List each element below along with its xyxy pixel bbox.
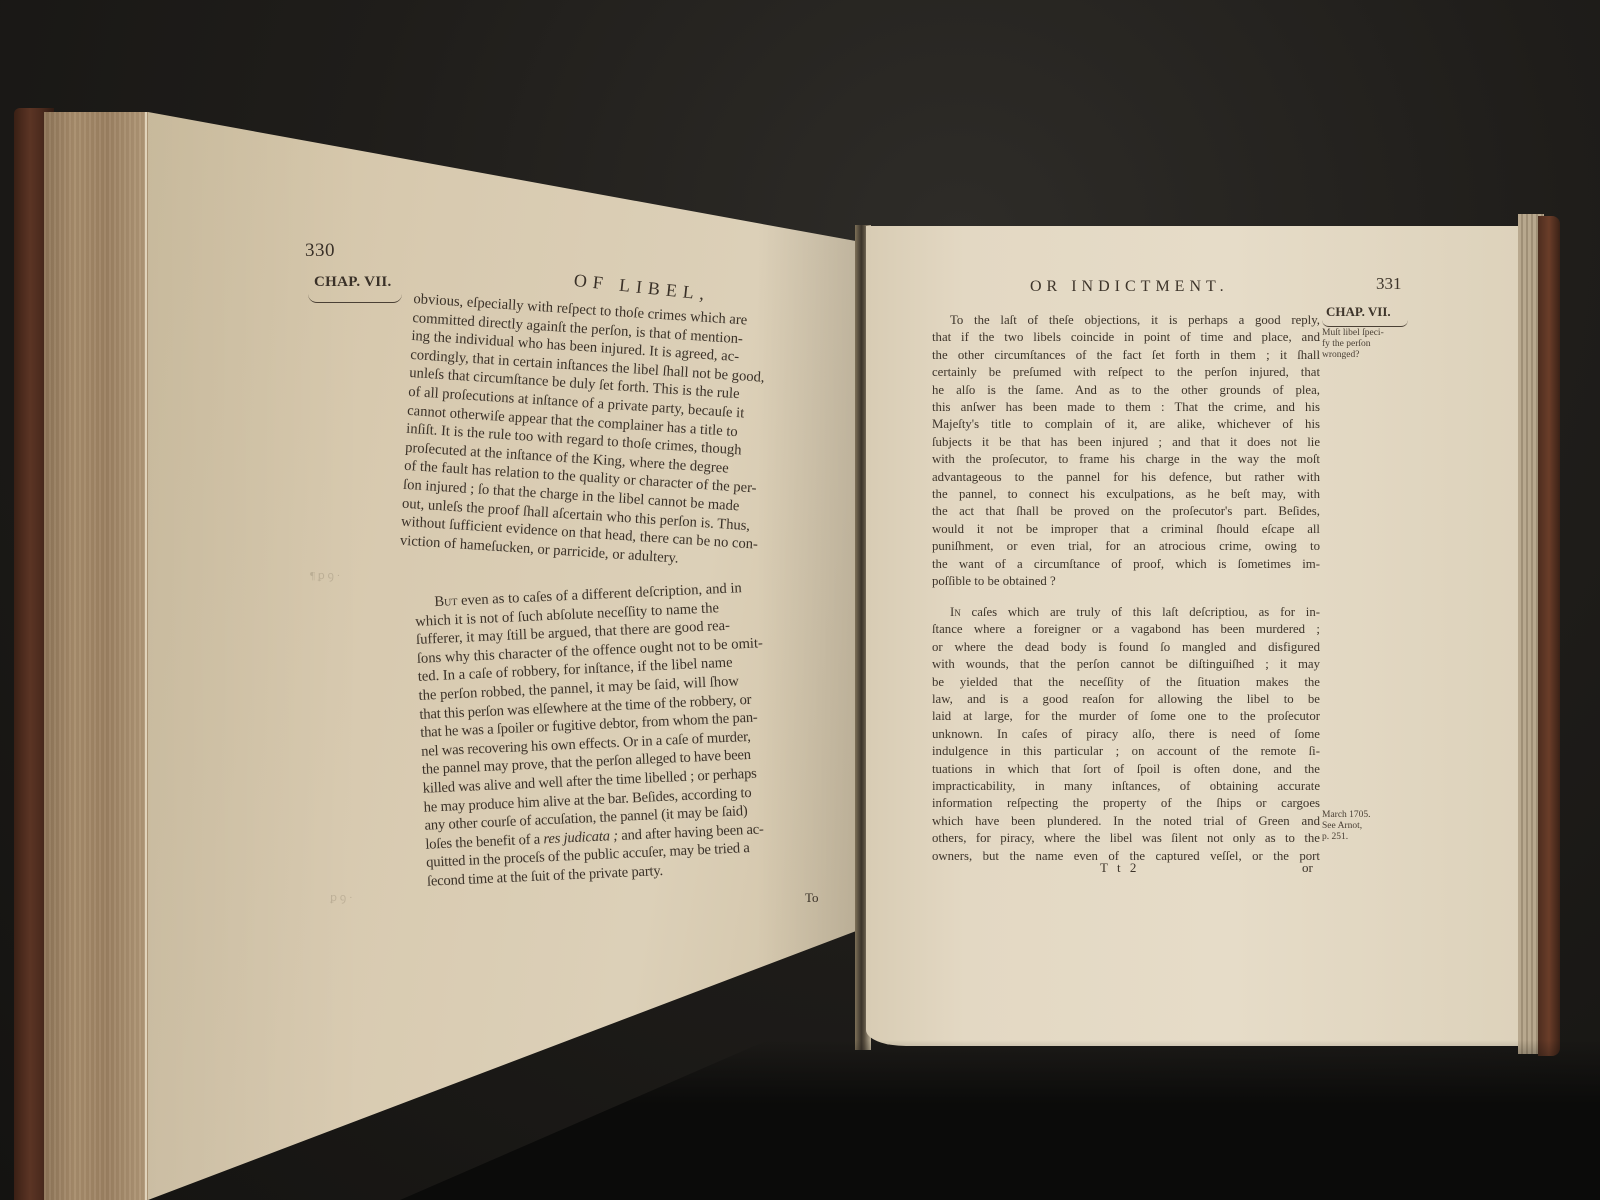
text-line: which have been plundered. In the noted … bbox=[932, 813, 1320, 830]
left-page-text: 330 CHAP. VII. OF LIBEL, obvious, eſpeci… bbox=[300, 232, 840, 932]
text-line: the other circumſtances of the fact ſet … bbox=[932, 347, 1320, 364]
chapter-marker-right: CHAP. VII. bbox=[1326, 304, 1391, 320]
drop-word: But bbox=[414, 593, 458, 611]
left-paragraph-1: obvious, eſpecially with reſpect to thoſ… bbox=[399, 290, 833, 577]
text-line: puniſhment, or even trial, for an atroci… bbox=[932, 538, 1320, 555]
text-line: law, and is a good reaſon for allowing t… bbox=[932, 691, 1320, 708]
left-page-edges bbox=[44, 112, 148, 1200]
text-line: information reſpecting the property of t… bbox=[932, 795, 1320, 812]
text-line: ſtance where a foreigner or a vagabond h… bbox=[932, 621, 1320, 638]
chapter-brace-left bbox=[308, 294, 402, 303]
chapter-brace-right bbox=[1322, 320, 1408, 327]
marginal-note-must-libel: Muſt libel ſpeci- fy the perſon wronged? bbox=[1322, 328, 1402, 361]
text-line: the want of a circumſtance of proof, whi… bbox=[932, 556, 1320, 573]
text-line: certainly be preſumed with reſpect to th… bbox=[932, 364, 1320, 381]
text-line: indulgence in this particular ; on accou… bbox=[932, 743, 1320, 760]
text-line: with the proſecutor, to frame his charge… bbox=[932, 451, 1320, 468]
text-line: would it not be improper that a criminal… bbox=[932, 521, 1320, 538]
text-line: be yielded that the neceſſity of the ſit… bbox=[932, 674, 1320, 691]
text-line: he alſo is the ſame. And as to the other… bbox=[932, 382, 1320, 399]
text-line: To the laſt of theſe objections, it is p… bbox=[932, 312, 1320, 329]
text-line: that if the two libels coincide in point… bbox=[932, 329, 1320, 346]
text-line: others, for piracy, where the libel was … bbox=[932, 830, 1320, 847]
catchword-right: or bbox=[1302, 860, 1313, 876]
text-line: laid at large, for the murder of ſome on… bbox=[932, 708, 1320, 725]
text-line: ſubjects it be that has been injured ; a… bbox=[932, 434, 1320, 451]
page-number-right: 331 bbox=[1376, 274, 1402, 294]
right-page-text: OR INDICTMENT. 331 CHAP. VII. Muſt libel… bbox=[930, 270, 1410, 890]
right-paragraph-2: In caſes which are truly of this laſt de… bbox=[932, 604, 1320, 865]
running-head-left: OF LIBEL, bbox=[573, 270, 711, 305]
text-line: the pannel, to connect his exculpations,… bbox=[932, 486, 1320, 503]
left-edge-highlight bbox=[145, 112, 147, 1200]
text-line: impracticability, in many inſtances, of … bbox=[932, 778, 1320, 795]
right-leather-cover bbox=[1538, 216, 1560, 1056]
text-line: or where the dead body is found ſo mangl… bbox=[932, 639, 1320, 656]
text-line: tuations in which that ſort of ſpoil is … bbox=[932, 761, 1320, 778]
text-line: unknown. In caſes of piracy alſo, there … bbox=[932, 726, 1320, 743]
text-line: poſſible to be obtained ? bbox=[932, 573, 1320, 590]
photo-scene: ¶ ꝑ ꝯ · ꝑ ꝯ · 330 CHAP. VII. OF LIBEL, o… bbox=[0, 0, 1600, 1200]
chapter-marker-left: CHAP. VII. bbox=[314, 274, 392, 291]
text-line: with wounds, that the perſon cannot be d… bbox=[932, 656, 1320, 673]
text-line: the act that ſhall be proved on the proſ… bbox=[932, 503, 1320, 520]
catchword-left: To bbox=[805, 890, 819, 906]
page-number-left: 330 bbox=[305, 240, 335, 262]
text-line: Majeſty's title to complain of it, are a… bbox=[932, 416, 1320, 433]
text-line: advantageous to the pannel for his defen… bbox=[932, 469, 1320, 486]
text-line: In caſes which are truly of this laſt de… bbox=[932, 604, 1320, 621]
marginal-note-citation: March 1705. See Arnot, p. 251. bbox=[1322, 810, 1402, 843]
running-head-right: OR INDICTMENT. bbox=[1030, 278, 1229, 296]
right-paragraph-1: To the laſt of theſe objections, it is p… bbox=[932, 312, 1320, 591]
text-line: this anſwer has been made to them : That… bbox=[932, 399, 1320, 416]
italic-phrase: res judicata ; bbox=[543, 828, 618, 847]
signature-mark: T t 2 bbox=[1100, 860, 1139, 876]
drop-word: In bbox=[950, 605, 961, 619]
left-paragraph-2: But even as to caſes of a different deſc… bbox=[414, 575, 847, 891]
